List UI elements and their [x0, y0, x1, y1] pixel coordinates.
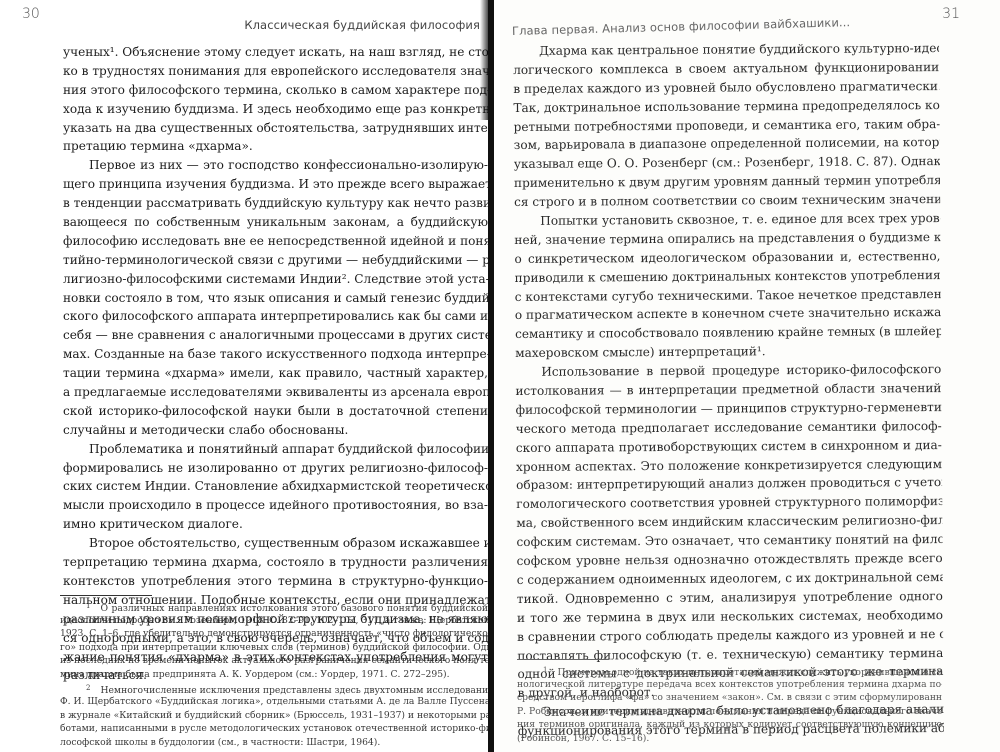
paragraph: Дхарма как центральное понятие буддийско… — [513, 39, 940, 212]
text-line: ко в трудностях понимания для европейско… — [63, 62, 488, 81]
footnote-mark: 1 — [86, 602, 90, 610]
running-head-right: Глава первая. Анализ основ философии вай… — [512, 15, 851, 38]
footnote-line: из последних по времени попыток актуальн… — [60, 654, 488, 668]
footnote-line: Р. Робинсоном критерии адекватности пони… — [517, 705, 942, 719]
paragraph: Использование в первой процедуре историк… — [515, 360, 943, 703]
text-line: ского аппарата противоборствующих систем… — [516, 436, 942, 458]
text-line: мах. Созданные на базе такого искусствен… — [63, 345, 488, 364]
page-number-left: 30 — [22, 6, 40, 22]
footnote-line: ботами, написанными в русле методологиче… — [60, 722, 488, 736]
footnote-line: 1Примером одной из таких интерпретаций м… — [517, 664, 942, 678]
text-line: приводили к смешению доктринальных конте… — [515, 266, 941, 288]
book-spread: 30 Классическая буддийская философия уче… — [0, 0, 1000, 752]
text-line: ческого метода предполагает исследование… — [516, 417, 942, 439]
text-line: терпретацию термина дхарма, состояло в т… — [63, 553, 488, 572]
footnote-line: Ф. И. Щербатского «Буддийская логика», о… — [60, 695, 488, 709]
text-line: указать на два существенных обстоятельст… — [63, 119, 488, 138]
text-line: тийно-терминологической связи с другими … — [63, 251, 488, 270]
footnote-line: (Робинсон, 1967. С. 15–16). — [517, 732, 942, 746]
footnote-divider — [60, 595, 152, 596]
footnote-mark: 1 — [543, 666, 547, 674]
text-line: тации термина «дхарма» имели, как правил… — [63, 364, 488, 383]
text-line: ских систем Индии. Становление абхидхарм… — [63, 477, 488, 496]
footnote-line: 1923. С. 1–6, где убедительно демонстрир… — [60, 627, 488, 641]
text-line: щего принципа изучения буддизма. И это п… — [63, 175, 488, 194]
footnote-mark: 2 — [86, 684, 90, 692]
footnote-line: нологической литературе передача всех ко… — [517, 678, 942, 692]
text-line: лигиозно-философскими системами Индии². … — [63, 270, 488, 289]
footnote-line: 2Немногочисленные исключения представлен… — [60, 682, 488, 696]
footnote-line: мина дхарма была предпринята А. К. Уорде… — [60, 668, 488, 682]
footnote-line: ния терминов оригинала, каждый из которы… — [517, 718, 942, 732]
page-number-right: 31 — [942, 6, 960, 22]
text-line: тикой. Одновременно с этим, анализируя у… — [517, 587, 943, 609]
footnote-line: средством иероглифа «фа» со значением «з… — [517, 691, 942, 705]
book-gutter — [488, 0, 494, 752]
paragraph: Попытки установить сквозное, т. е. едино… — [514, 209, 941, 363]
text-line: в тенденции рассматривать буддийскую кул… — [63, 194, 488, 213]
text-line: ния этого философского термина, сколько … — [63, 81, 488, 100]
text-line: Проблематика и понятийный аппарат буддий… — [63, 440, 488, 459]
text-line: Первое из них — это господство конфессио… — [63, 156, 488, 175]
paragraph: ученых¹. Объяснение этому следует искать… — [63, 43, 488, 156]
text-line: мысли происходило в процессе идейного пр… — [63, 496, 488, 515]
footnote-2: 2Немногочисленные исключения представлен… — [60, 682, 488, 750]
text-line: контекстов употребления этого термина в … — [63, 572, 488, 591]
text-line: семантику и способствовало появлению кра… — [515, 322, 941, 344]
body-text-left: ученых¹. Объяснение этому следует искать… — [63, 43, 488, 685]
footnote-divider — [517, 659, 609, 660]
text-line: Так, доктринальное использование термина… — [513, 96, 939, 118]
text-line: ученых¹. Объяснение этому следует искать… — [63, 43, 488, 62]
gutter-shadow — [480, 0, 488, 120]
text-line: случайны и методически слабо обоснованы. — [63, 421, 488, 440]
text-line: вающееся по собственным уникальным закон… — [63, 213, 488, 232]
text-line: имно критическом диалоге. — [63, 515, 488, 534]
text-line: и того же термина в двух или нескольких … — [517, 606, 943, 628]
text-line: формировались не изолированно от других … — [63, 459, 488, 478]
body-text-right: Дхарма как центральное понятие буддийско… — [513, 39, 944, 741]
footnote-1: 1О различных направлениях истолкования э… — [60, 600, 488, 682]
text-line: Второе обстоятельство, существенным обра… — [63, 534, 488, 553]
text-line: новки состояло в том, что язык описания … — [63, 289, 488, 308]
text-line: хода к изучению буддизма. И здесь необхо… — [63, 100, 488, 119]
footnote-line: го» подхода при интерпретации ключевых с… — [60, 641, 488, 655]
footnote-line: идеологии подробно см.: Розенберг, 1918.… — [60, 614, 488, 628]
left-page: 30 Классическая буддийская философия уче… — [0, 0, 492, 752]
footnotes-left: 1О различных направлениях истолкования э… — [60, 600, 488, 750]
text-line: себя — вне сравнения с аналогичными проц… — [63, 326, 488, 345]
text-line: а предлагаемые исследователями эквивален… — [63, 383, 488, 402]
paragraph: Проблематика и понятийный аппарат буддий… — [63, 440, 488, 534]
text-line: философию исследовать вне ее непосредств… — [63, 232, 488, 251]
text-line: претацию термина «дхарма». — [63, 137, 488, 156]
footnote-line: в журнале «Китайский и буддийский сборни… — [60, 709, 488, 723]
running-head-left: Классическая буддийская философия — [244, 18, 480, 32]
footnotes-right: 1Примером одной из таких интерпретаций м… — [517, 664, 942, 746]
text-line: в пределах каждого из уровней было обусл… — [513, 77, 939, 99]
footnote-line: 1О различных направлениях истолкования э… — [60, 600, 488, 614]
right-page: 31 Глава первая. Анализ основ философии … — [500, 0, 1000, 752]
text-line: ской историко-философской науки были в д… — [63, 402, 488, 421]
text-line: ского философского аппарата интерпретиро… — [63, 307, 488, 326]
paragraph: Первое из них — это господство конфессио… — [63, 156, 488, 439]
text-line: в сравнении строго соблюдать пределы каж… — [517, 625, 943, 647]
footnote-line: лософской школы в буддологии (см., в час… — [60, 736, 488, 750]
text-line: о синкретическом идеологическом образова… — [514, 247, 940, 269]
footnote-1: 1Примером одной из таких интерпретаций м… — [517, 664, 942, 746]
